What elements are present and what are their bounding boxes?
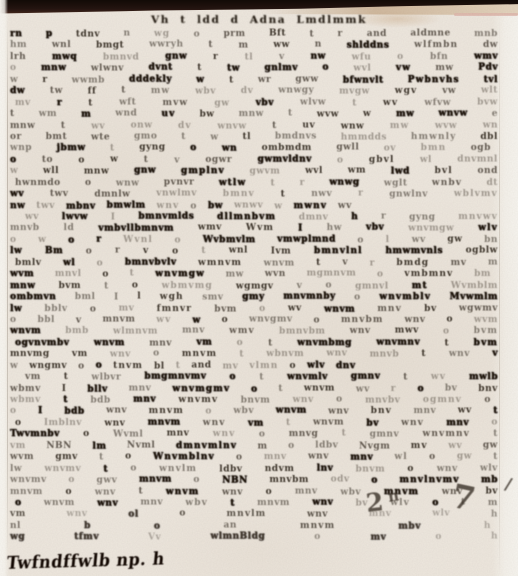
text-line: otoowtvogwrgwmvldnvogbvlwldnvmnl: [10, 155, 498, 166]
text-line: twmmwnduvbwmnwtwvwwmwwnvwe: [10, 109, 498, 120]
text-line: wvmgmvtoWnvmblnvomnvwnvmnvwlogwt: [10, 452, 498, 463]
text-line: lrhmwqbmnvdgnwrtlvnwwfuobfnwmv: [10, 52, 498, 63]
text-line: oworWvnloWvbmvlmvmwplmndolwvgwbn: [10, 235, 498, 246]
text-line: mnwtwvonwdvwnvwtuvwnwmwwvwwn: [10, 121, 498, 132]
text-line: wbmvtbdbmnvwnvmvbnvmwnvomnvbvogmnvo: [10, 395, 498, 406]
text-line: lwwnvmvtownvlmldbvndvmlnvbnvmownvwlv: [10, 464, 498, 475]
text-line: lwBmorvotwnlIvmbmnvlnlhmwmvnlsogblw: [10, 246, 498, 257]
text-line: vmtwlbvrbmgmnvmvotwnvmlvgmnvtwvmwlb: [10, 372, 498, 383]
text-line: TwvmnbvoWvmlmnvwnvomnvgtgmnvwnvmnvt: [10, 429, 498, 440]
text-line: dwtwfftmwwbvdvwnwgymvgwwgvvwwlt: [10, 86, 498, 97]
handwritten-mark: 2: [365, 489, 385, 516]
text-line: rnptdnvnwgoprmBfttrandaldmnemnb: [10, 29, 498, 40]
text-line: mvrtwftmvwgwvbvwlvwtwvwfvwbvw: [10, 98, 498, 109]
text-line: orbmtwtegmotwtlbmdnvshmmddshmwnlydbl: [10, 132, 498, 143]
text-line: wvtwvdmnlwvnwlmvbmnvtnwvrgnwlnvwblvmv: [10, 189, 498, 200]
text-line: ownvmwnvmnvwbvtmnvmwnvbvwlvotm: [10, 498, 498, 509]
text-line: mnvmownvtwnvmwnvomnvwbvmnvmwnvbv: [10, 487, 498, 498]
document-title-smudge: Vh t ldd d Adna Lmdlmmk: [0, 14, 518, 26]
text-line: mnvbldvmbvllbmnvmwmvWvmIhwvbvwnvmgwwlv: [10, 223, 498, 234]
text-line: ombmvnbmlIlwghsmvgmymnvmnbyownvmblvMvwml…: [10, 292, 498, 303]
right-crease-shadow: [499, 16, 500, 576]
text-line: vmwnvolomnvlmwnvmnvwlvh: [10, 509, 498, 520]
text-line: wbmvIbllvmnvwnvmgmvotwnvmwvrobvbnv: [10, 384, 498, 395]
text-line: vmNBNlmNvmldmnvmlnvmoldbvNvgmmvwvgw: [10, 441, 498, 452]
text-line: hwnmdoownwpvnvrwtlwtrwnwgwgltwnbvdt: [10, 178, 498, 189]
text-line: nlboanmnvmmbvh: [10, 521, 498, 532]
left-crease-shadow: [7, 18, 8, 558]
handwritten-mark: /: [503, 477, 513, 495]
text-line: wrwwmbdddeklywtwrgwwbfwnvltPwbnvhstvl: [10, 75, 498, 86]
text-line: mnvmgvmwnvomnvmtwbnvmwnvmnvbtwnvv: [10, 349, 498, 360]
text-line: wnpjbmwtgyngownombmdmgwllovbmnogb: [10, 143, 498, 154]
text-line: wwngmvootnvmbltandmvvlmnowlvdnv: [10, 361, 498, 372]
text-line: wvmmnvlotwnvmgwmwwvnmgmnvmovmbmnvbm: [10, 269, 498, 280]
text-line: bmlvwlobmnvbvlvwmnvmwnvmtvrbmdgmvm: [10, 258, 498, 269]
text-line: oIbdbwnvmnvmowbvwnvmwnvbnvmnvwvt: [10, 406, 498, 417]
text-line: wnvmvogwvmnvmoNBNmnvbmodvomnvlnvmvmb: [10, 475, 498, 486]
text-line: wwllmnwgnwgmplnvgwvmwvlwmlwdbvlond: [10, 166, 498, 177]
text-line: oImblnvwnvmnvmwnvvmtwnvmbvwnvmnvo: [10, 418, 498, 429]
text-line: wgtfmvVvwlmnBldgomvoh: [10, 532, 498, 543]
text-line: omnwwlwnvdvntttwgnlmvowvlvwmwPdv: [10, 63, 498, 74]
scanned-page: Vh t ldd d Adna Lmdlmmk rnptdnvnwgoprmBf…: [0, 0, 518, 576]
text-line: mnwbvmtowbmvmgwgmgvvogmnvlmtWvmblm: [10, 281, 498, 292]
body-text: rnptdnvnwgoprmBfttrandaldmnemnbhmwnlbmgt…: [10, 29, 498, 544]
text-line: hmwnlbmgtwwryhtmwwnshlddnswlfmbndw: [10, 40, 498, 51]
text-line: lwbblvomvfmnvrbvmowvwnvmmnvbvwgwmv: [10, 304, 498, 315]
text-line: wnvmbmbwlmnvmmnvwmvbmnvbmwnvmwvobvm: [10, 326, 498, 337]
text-line: obblvmnvmwvwownvgmvomnvbmwnvowvm: [10, 315, 498, 326]
text-line: nwtwvmbnvbmwlmwnvobwwnwvwmwnvwv: [10, 201, 498, 212]
signature-smudge: Twfndffwlb np. h: [6, 548, 166, 573]
text-line: ogvnvmbvwnvmmnvvmotwnvmbmgwnvmnvtbvm: [10, 338, 498, 349]
handwritten-mark: n: [387, 488, 400, 505]
text-line: wvlwvwIbmnvmldsdllmnbvmdmnvhrgyngmnvwv: [10, 212, 498, 223]
